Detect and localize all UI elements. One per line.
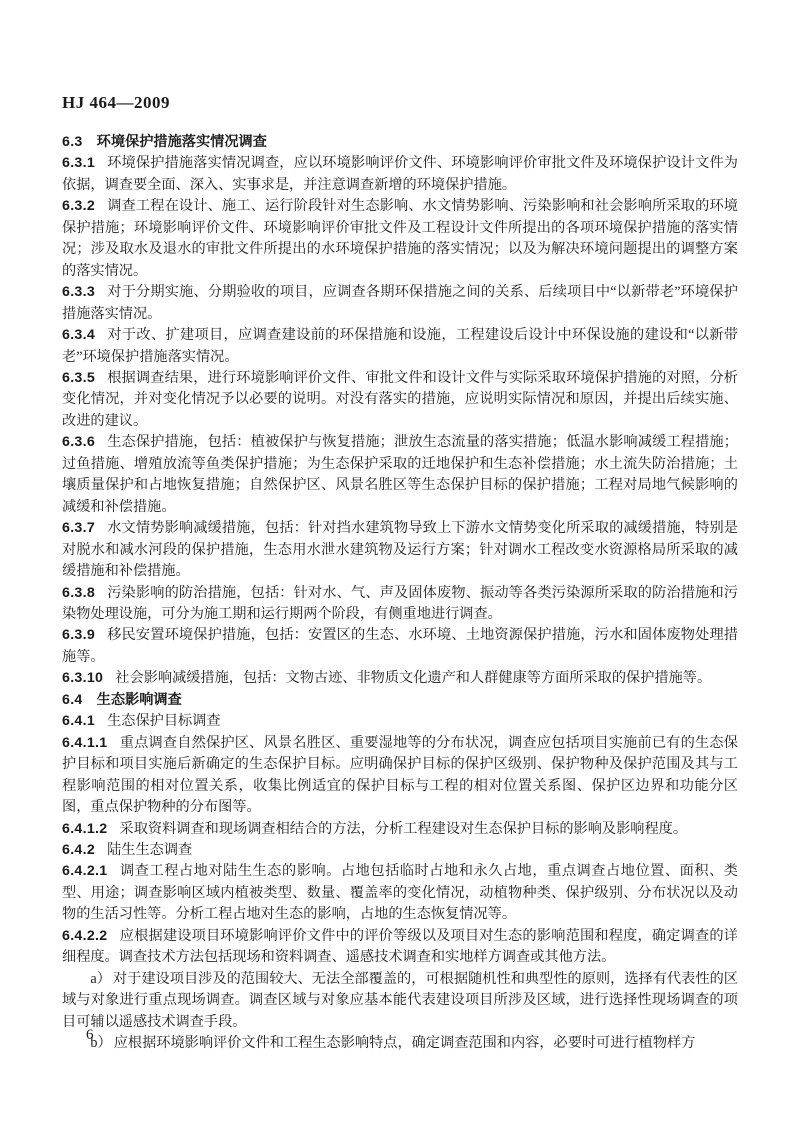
clause-number: 6.4.1 — [62, 713, 95, 729]
clause-paragraph: 6.4.1.2采取资料调查和现场调查相结合的方法，分析工程建设对生态保护目标的影… — [62, 819, 738, 840]
clause-text: 对于分期实施、分期验收的项目，应调查各期环保措施之间的关系、后续项目中“以新带老… — [62, 284, 738, 321]
clause-paragraph: 6.3.8污染影响的防治措施，包括：针对水、气、声及固体废物、振动等各类污染源所… — [62, 583, 738, 626]
clause-paragraph: 6.4.2.2应根据建设项目环境影响评价文件中的评价等级以及项目对生态的影响范围… — [62, 926, 738, 969]
clause-number: 6.3.1 — [62, 155, 95, 171]
clause-text: 社会影响减缓措施，包括：文物古迹、非物质文化遗产和人群健康等方面所采取的保护措施… — [115, 670, 711, 686]
clause-paragraph: 6.3.6生态保护措施，包括：植被保护与恢复措施；泄放生态流量的落实措施；低温水… — [62, 432, 738, 518]
clause-paragraph: 6.3.3对于分期实施、分期验收的项目，应调查各期环保措施之间的关系、后续项目中… — [62, 282, 738, 325]
clause-text: 生态保护措施，包括：植被保护与恢复措施；泄放生态流量的落实措施；低温水影响减缓工… — [62, 434, 738, 514]
clause-text: 生态保护目标调查 — [107, 713, 221, 729]
clause-text: 应根据环境影响评价文件和工程生态影响特点，确定调查范围和内容，必要时可进行植物样… — [114, 1035, 696, 1051]
clause-text: 污染影响的防治措施，包括：针对水、气、声及固体废物、振动等各类污染源所采取的防治… — [62, 585, 738, 622]
clause-number: 6.4.2 — [62, 842, 95, 858]
clause-paragraph: 6.3.1环境保护措施落实情况调查，应以环境影响评价文件、环境影响评价审批文件及… — [62, 153, 738, 196]
clause-paragraph: 6.3.2调查工程在设计、施工、运行阶段针对生态影响、水文情势影响、污染影响和社… — [62, 196, 738, 282]
clause-text: 调查工程在设计、施工、运行阶段针对生态影响、水文情势影响、污染影响和社会影响所采… — [62, 198, 738, 278]
list-item: a）对于建设项目涉及的范围较大、无法全部覆盖的，可根据随机性和典型性的原则，选择… — [62, 969, 738, 1033]
clause-text: 对于建设项目涉及的范围较大、无法全部覆盖的，可根据随机性和典型性的原则，选择有代… — [62, 971, 738, 1030]
clause-number: 6.3.7 — [62, 520, 95, 536]
document-page: HJ 464—2009 6.3环境保护措施落实情况调查6.3.1环境保护措施落实… — [0, 0, 794, 1123]
clause-paragraph: 6.3.4对于改、扩建项目，应调查建设前的环保措施和设施，工程建设后设计中环保设… — [62, 325, 738, 368]
clause-paragraph: 6.4.1生态保护目标调查 — [62, 711, 738, 732]
document-content: HJ 464—2009 6.3环境保护措施落实情况调查6.3.1环境保护措施落实… — [62, 93, 738, 1054]
clause-number: 6.4 — [62, 692, 83, 708]
clause-paragraph: 6.4.2.1调查工程占地对陆生生态的影响。占地包括临时占地和永久占地，重点调查… — [62, 861, 738, 925]
clause-paragraph: 6.4.1.1重点调查自然保护区、风景名胜区、重要湿地等的分布状况，调查应包括项… — [62, 733, 738, 819]
clause-text: 调查工程占地对陆生生态的影响。占地包括临时占地和永久占地，重点调查占地位置、面积… — [62, 863, 738, 922]
clause-number: 6.3.5 — [62, 370, 95, 386]
clause-number: 6.3.9 — [62, 627, 95, 643]
list-item: b）应根据环境影响评价文件和工程生态影响特点，确定调查范围和内容，必要时可进行植… — [62, 1033, 738, 1054]
section-heading: 6.4生态影响调查 — [62, 690, 738, 711]
clause-text: 水文情势影响减缓措施，包括：针对挡水建筑物导致上下游水文情势变化所采取的减缓措施… — [62, 520, 738, 579]
clause-text: 移民安置环境保护措施，包括：安置区的生态、水环境、土地资源保护措施，污水和固体废… — [62, 627, 738, 664]
clause-paragraph: 6.3.9移民安置环境保护措施，包括：安置区的生态、水环境、土地资源保护措施，污… — [62, 625, 738, 668]
list-item-label: a） — [90, 971, 111, 987]
clause-text: 对于改、扩建项目，应调查建设前的环保措施和设施，工程建设后设计中环保设施的建设和… — [62, 327, 738, 364]
clause-number: 6.3.6 — [62, 434, 95, 450]
clause-text: 根据调查结果，进行环境影响评价文件、审批文件和设计文件与实际采取环境保护措施的对… — [62, 370, 738, 429]
clause-number: 6.4.1.1 — [62, 735, 108, 751]
page-number: 6 — [86, 1025, 94, 1046]
clause-number: 6.4.2.2 — [62, 928, 108, 944]
clause-number: 6.4.1.2 — [62, 821, 108, 837]
document-header-title: HJ 464—2009 — [62, 93, 738, 113]
clause-paragraph: 6.3.10社会影响减缓措施，包括：文物古迹、非物质文化遗产和人群健康等方面所采… — [62, 668, 738, 689]
document-body: 6.3环境保护措施落实情况调查6.3.1环境保护措施落实情况调查，应以环境影响评… — [62, 132, 738, 1054]
section-heading-text: 生态影响调查 — [97, 692, 182, 708]
clause-text: 应根据建设项目环境影响评价文件中的评价等级以及项目对生态的影响范围和程度，确定调… — [62, 928, 738, 965]
clause-number: 6.3.2 — [62, 198, 95, 214]
clause-text: 环境保护措施落实情况调查，应以环境影响评价文件、环境影响评价审批文件及环境保护设… — [62, 155, 738, 192]
clause-text: 重点调查自然保护区、风景名胜区、重要湿地等的分布状况，调查应包括项目实施前已有的… — [62, 735, 738, 815]
clause-number: 6.3.8 — [62, 585, 95, 601]
clause-text: 采取资料调查和现场调查相结合的方法，分析工程建设对生态保护目标的影响及影响程度。 — [120, 821, 688, 837]
clause-number: 6.4.2.1 — [62, 863, 108, 879]
clause-number: 6.3.3 — [62, 284, 95, 300]
clause-paragraph: 6.3.5根据调查结果，进行环境影响评价文件、审批文件和设计文件与实际采取环境保… — [62, 368, 738, 432]
clause-number: 6.3 — [62, 134, 83, 150]
section-heading-text: 环境保护措施落实情况调查 — [97, 134, 267, 150]
clause-paragraph: 6.3.7水文情势影响减缓措施，包括：针对挡水建筑物导致上下游水文情势变化所采取… — [62, 518, 738, 582]
clause-number: 6.3.4 — [62, 327, 95, 343]
section-heading: 6.3环境保护措施落实情况调查 — [62, 132, 738, 153]
clause-paragraph: 6.4.2陆生生态调查 — [62, 840, 738, 861]
clause-text: 陆生生态调查 — [107, 842, 192, 858]
clause-number: 6.3.10 — [62, 670, 103, 686]
